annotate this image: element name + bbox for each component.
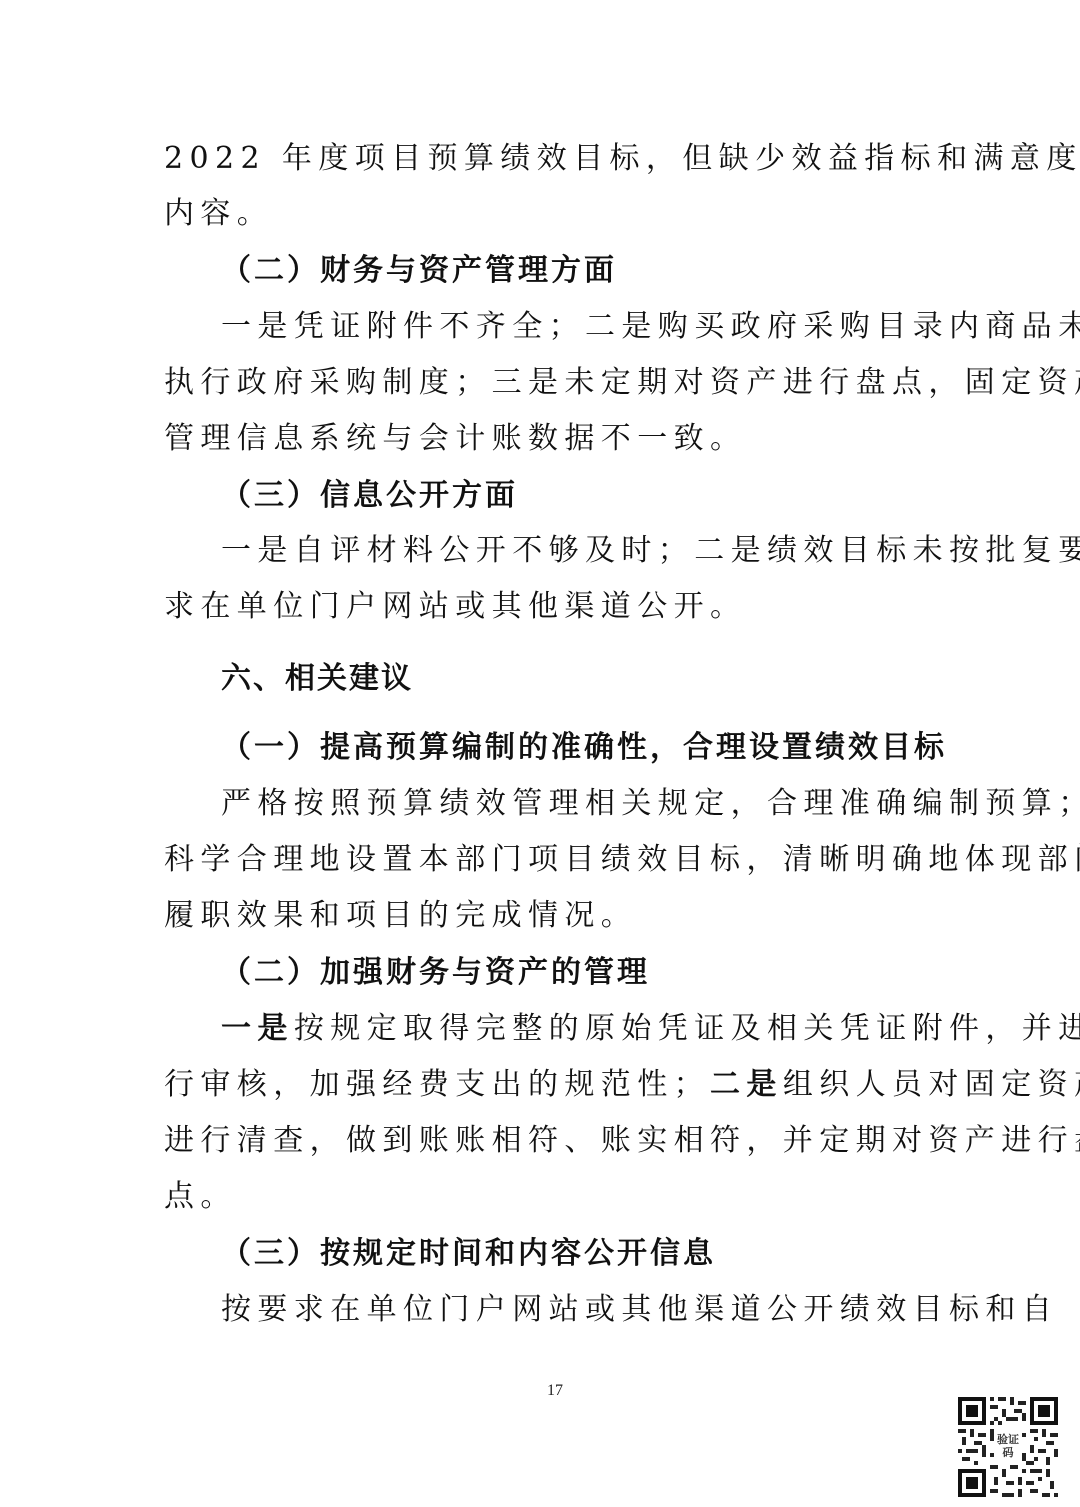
qr-verify-label: 验证 码 (994, 1433, 1022, 1461)
line-text: 组织人员对固定资产 (783, 1067, 1080, 1102)
paragraph-line: 按要求在单位门户网站或其他渠道公开绩效目标和自 (221, 1291, 981, 1329)
document-page: 2022 年度项目预算绩效目标，但缺少效益指标和满意度指标 内容。 （二）财务与… (0, 0, 1080, 1507)
paragraph-line: 2022 年度项目预算绩效目标，但缺少效益指标和满意度指标 (164, 140, 924, 178)
paragraph-line: 求在单位门户网站或其他渠道公开。 (164, 588, 924, 626)
line-text: 按规定取得完整的原始凭证及相关凭证附件，并进 (294, 1011, 1080, 1046)
paragraph-line: 行审核，加强经费支出的规范性；二是组织人员对固定资产 (164, 1066, 924, 1104)
section-subheading: （三）信息公开方面 (221, 477, 981, 515)
paragraph-line: 点。 (164, 1178, 924, 1216)
paragraph-line: 一是自评材料公开不够及时；二是绩效目标未按批复要 (221, 532, 981, 570)
paragraph-line: 科学合理地设置本部门项目绩效目标，清晰明确地体现部门 (164, 841, 924, 879)
paragraph-line: 履职效果和项目的完成情况。 (164, 897, 924, 935)
qr-code-icon: 验证 码 (958, 1397, 1058, 1497)
paragraph-line: 执行政府采购制度；三是未定期对资产进行盘点，固定资产 (164, 364, 924, 402)
section-subheading: （二）财务与资产管理方面 (221, 252, 981, 290)
section-subheading: （三）按规定时间和内容公开信息 (221, 1235, 981, 1273)
paragraph-line: 管理信息系统与会计账数据不一致。 (164, 420, 924, 458)
line-text: 行审核，加强经费支出的规范性； (164, 1067, 710, 1102)
page-number: 17 (540, 1382, 570, 1400)
section-subheading: （一）提高预算编制的准确性，合理设置绩效目标 (221, 729, 981, 767)
bold-prefix: 一是 (221, 1011, 294, 1046)
paragraph-line: 内容。 (164, 195, 924, 233)
paragraph-line: 严格按照预算绩效管理相关规定，合理准确编制预算； (221, 785, 981, 823)
qr-label-line: 验证 (994, 1433, 1022, 1446)
paragraph-line: 进行清查，做到账账相符、账实相符，并定期对资产进行盘 (164, 1122, 924, 1160)
qr-label-line: 码 (994, 1446, 1022, 1459)
section-subheading: （二）加强财务与资产的管理 (221, 954, 981, 992)
paragraph-line: 一是凭证附件不齐全；二是购买政府采购目录内商品未 (221, 308, 981, 346)
paragraph-line: 一是按规定取得完整的原始凭证及相关凭证附件，并进 (221, 1010, 981, 1048)
section-heading: 六、相关建议 (221, 660, 981, 698)
bold-inline: 二是 (710, 1067, 783, 1102)
